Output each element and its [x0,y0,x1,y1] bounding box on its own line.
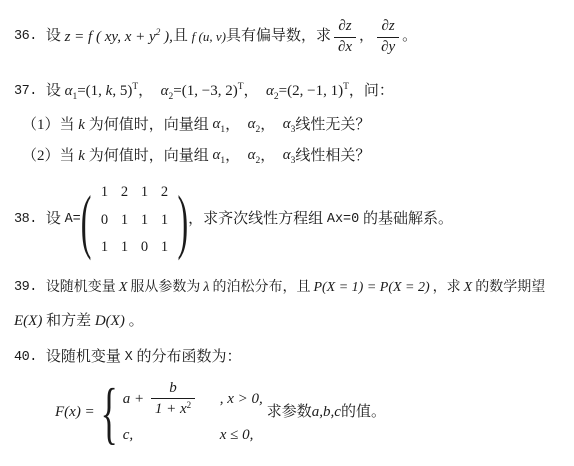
alpha-symbol: α [283,116,291,132]
matrix-cell: 2 [154,183,174,202]
variable-X: X [125,349,133,367]
problem-36: 36. 设 z = f ( xy, x + y2 ), 且 f (u, v) 具… [14,12,417,62]
problem-39-text-find: ，求 [433,279,461,297]
vector-1-values-post: , 5) [112,83,132,99]
problem-38-text-basis: 的基础解系。 [359,210,453,230]
alpha-1-ref: α1 [212,115,225,136]
fraction-dz-dy: ∂z∂y [377,19,399,56]
function-Fx-label: F(x) = [55,403,98,423]
case-1-expression: a + b1 + x2 [123,381,220,419]
problem-39-number: 39. [14,279,37,297]
matrix-A: 1212 0111 1101 [94,183,174,258]
equation-z-close: ), [160,29,173,45]
matrix-cell: 1 [154,238,174,257]
problem-38: 38. 设 A= ( 1212 0111 1101 ) ，求齐次线性方程组 Ax… [14,178,453,262]
problem-39-line-2: E(X) 和方差 D(X) 。 [14,310,144,334]
comma-separator: ， [260,116,283,136]
fraction-dz-dy-numerator: ∂z [377,19,398,37]
matrix-cell: 1 [114,211,134,230]
matrix-A-label: A= [65,211,81,229]
problem-39-text-expectation: 的数学期望 [475,279,545,297]
fraction-dz-dx-numerator: ∂z [334,19,355,37]
alpha-3-ref: α3 [283,115,296,136]
comma-separator: ， [225,116,248,136]
equation-P-equal: P(X = 1) = P(X = 2) [313,279,429,297]
alpha-symbol: α [266,83,274,99]
case-2-condition: x ≤ 0, [220,426,263,446]
term-a-plus: a + [123,390,148,410]
exam-document-page: 36. 设 z = f ( xy, x + y2 ), 且 f (u, v) 具… [0,0,574,466]
period-mark: 。 [125,312,144,332]
problem-39-line-1: 39. 设随机变量 X 服从参数为 λ 的泊松分布，且 P(X = 1) = P… [14,276,545,300]
vector-alpha-2: α2=(1, −3, 2)T [161,81,244,103]
problem-40-line-1: 40. 设随机变量 X 的分布函数为： [14,347,241,369]
vector-alpha-1: α1=(1, k, 5)T [65,81,139,103]
equation-Ax-0: Ax=0 [327,211,359,229]
vector-alpha-3: α2=(2, −1, 1)T [266,81,349,103]
variance-DX: D(X) [95,312,125,332]
problem-36-text-partial: 具有偏导数，求 [226,27,331,47]
alpha-1-ref: α1 [212,146,225,167]
problem-39-text-rv: 设随机变量 [46,279,116,297]
alpha-3-ref: α3 [283,146,296,167]
variable-X: X [464,279,473,297]
comma-separator: ， [260,147,283,167]
matrix-cell: 1 [94,238,114,257]
period-mark: 。 [402,27,417,47]
lambda-symbol: λ [203,279,209,297]
question-2-middle: 为何值时，向量组 [85,147,213,167]
piecewise-brace: { [100,379,117,447]
matrix-cell: 2 [114,183,134,202]
equation-z-f-xy: z = f ( xy, x + y2 ), [65,27,173,48]
problem-36-text-and: 且 [173,27,192,47]
variable-X: X [119,279,128,297]
exponent-2: 2 [187,400,192,410]
problem-40-text-rv: 设随机变量 [46,348,125,368]
vector-1-values-pre: =(1, [77,83,105,99]
case-2-expression: c, [123,426,220,446]
problem-40-text-find: 求参数 [267,403,312,423]
comma-separator: ， [225,147,248,167]
case-1-condition: , x > 0, [220,390,263,410]
alpha-2-ref: α2 [248,146,261,167]
question-2-prefix: （2）当 [22,147,78,167]
matrix-left-paren: ( [81,184,92,256]
alpha-symbol: α [161,83,169,99]
expectation-EX: E(X) [14,312,42,332]
matrix-cell: 1 [154,211,174,230]
problem-39-text-variance: 和方差 [42,312,95,332]
matrix-cell: 0 [134,238,154,257]
variable-k: k [78,116,85,136]
matrix-cell: 1 [94,183,114,202]
matrix-cell: 1 [114,238,134,257]
problem-40-formula: F(x) = { a + b1 + x2 , x > 0, c, x ≤ 0, … [55,372,386,454]
comma-separator: ， [138,82,161,102]
problem-36-text-set: 设 [46,27,65,47]
problem-39-text-param: 服从参数为 [130,279,200,297]
problem-37-text-set: 设 [46,82,65,102]
comma-separator: ， [244,82,267,102]
vector-2-values: =(1, −3, 2) [173,83,237,99]
matrix-cell: 0 [94,211,114,230]
problem-37-text-ask: ，问： [349,82,394,102]
fraction-b-over-1px2: b1 + x2 [151,381,195,419]
fraction-dz-dx: ∂z∂x [334,19,356,56]
fraction-denominator: 1 + x2 [151,398,195,418]
vector-3-values: =(2, −1, 1) [279,83,343,99]
problem-39-text-poisson: 的泊松分布，且 [212,279,310,297]
problem-37-question-2: （2）当 k 为何值时，向量组 α1 ， α2 ， α3 线性相关？ [22,145,370,169]
question-1-middle: 为何值时，向量组 [85,116,213,136]
question-1-tail: 线性无关？ [295,116,370,136]
piecewise-cases: a + b1 + x2 , x > 0, c, x ≤ 0, [123,381,263,446]
equation-z-body: z = f ( xy, x + y [65,29,156,45]
alpha-symbol: α [283,147,291,163]
problem-40-text-cdf: 的分布函数为： [133,348,242,368]
question-1-prefix: （1）当 [22,116,78,136]
matrix-cell: 1 [134,183,154,202]
function-f-uv: f (u, v) [192,29,226,46]
fraction-dz-dx-denominator: ∂x [334,37,356,56]
fraction-dz-dy-denominator: ∂y [377,37,399,56]
problem-40-text-value: 的值。 [341,403,386,423]
variable-k: k [78,147,85,167]
fraction-numerator-b: b [165,381,181,399]
matrix-right-paren: ) [177,184,188,256]
parameters-abc: a,b,c [312,403,341,423]
problem-37: 37. 设 α1=(1, k, 5)T ， α2=(1, −3, 2)T ， α… [14,80,394,104]
problem-37-number: 37. [14,83,37,101]
problem-38-number: 38. [14,211,37,229]
problem-38-text-solve: ，求齐次线性方程组 [188,210,327,230]
problem-36-number: 36. [14,28,37,46]
comma-separator: ， [359,27,374,47]
matrix-cell: 1 [134,211,154,230]
problem-40-number: 40. [14,349,37,367]
problem-37-question-1: （1）当 k 为何值时，向量组 α1 ， α2 ， α3 线性无关？ [22,114,370,138]
question-2-tail: 线性相关？ [295,147,370,167]
denominator-body: 1 + x [155,401,187,417]
alpha-2-ref: α2 [248,115,261,136]
problem-38-text-set: 设 [46,210,65,230]
